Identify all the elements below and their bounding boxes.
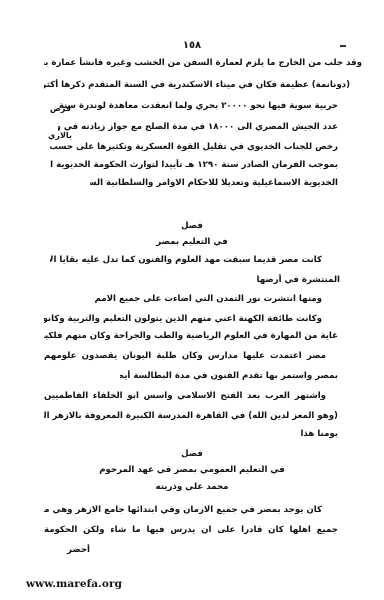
paragraph-line: المنتشرة في أرضها (180, 274, 340, 286)
paragraph-line: غاية من المهارة في العلوم الرياضية والطب… (44, 330, 338, 342)
page-number: ١٥٨ (0, 40, 384, 51)
paragraph-line: بمصر واستمر بها تقدم الفنون في مدة البطا… (120, 370, 338, 382)
paragraph-line: حربية سوية فيها نحو ٢٠٠٠٠ بحري ولما انعق… (58, 100, 338, 112)
scanned-book-page: ١٥٨ وقد جلب من الخارج ما يلزم لعمارة الس… (0, 0, 384, 600)
section-title: فصل (0, 220, 384, 232)
paragraph-line: أحضر (60, 544, 90, 556)
paragraph-line: واشتهر العرب بعد الفتح الاسلامي واسس ابو… (44, 390, 326, 402)
paragraph-line: رخص للجناب الخديوي في تقليل القوة العسكر… (50, 141, 338, 153)
section-subtitle: محمد علي وذريته (0, 481, 384, 493)
paragraph-line: وقد جلب من الخارج ما يلزم لعمارة السفن م… (44, 57, 362, 69)
paragraph-line: ومنها انتشرت نور التمدن التي اضاءت على ج… (90, 293, 322, 305)
paragraph-line: كان يوجد بمصر في جميع الازمان وفي ابتدائ… (44, 504, 322, 516)
paragraph-line: كانت مصر قديما سبقت مهد العلوم والفنون ك… (50, 254, 322, 266)
paragraph-line: وكانت طائفة الكهنة اعني منهم الذين يتولو… (44, 313, 322, 325)
section-title: فصل (0, 448, 384, 460)
paragraph-line: بموجب الفرمان الصادر سنة ١٢٩٠ هـ تأييدا … (50, 159, 338, 171)
top-dash-mark (340, 45, 346, 47)
paragraph-line: (دونانمة) عظيمة فكان في ميناء الاسكندرية… (44, 79, 350, 91)
paragraph-line: الخديوية الاسماعيلية وتعديلا للاحكام الا… (90, 177, 338, 189)
paragraph-line: عدد الجيش المصري الى ١٨٠٠٠ في مدة الصلح … (58, 121, 338, 133)
paragraph-line: يومنا هذا (250, 428, 338, 440)
paragraph-line: جميع اهلها كان قادرا على ان يدرس فيها ما… (44, 524, 338, 536)
paragraph-line: (وهو المعز لدين الله) في القاهرة المدرسة… (44, 410, 338, 422)
footer-url: www.marefa.org (26, 578, 122, 590)
section-subtitle: في التعليم العمومي بمصر في عهد المرحوم (0, 464, 384, 476)
margin-note: بالاري (48, 131, 72, 141)
margin-note: فرض (50, 104, 71, 114)
section-subtitle: في التعليم بمصر (0, 236, 384, 248)
paragraph-line: مصر اعتمدت عليها مدارس وكان طلبة اليونان… (44, 350, 326, 362)
